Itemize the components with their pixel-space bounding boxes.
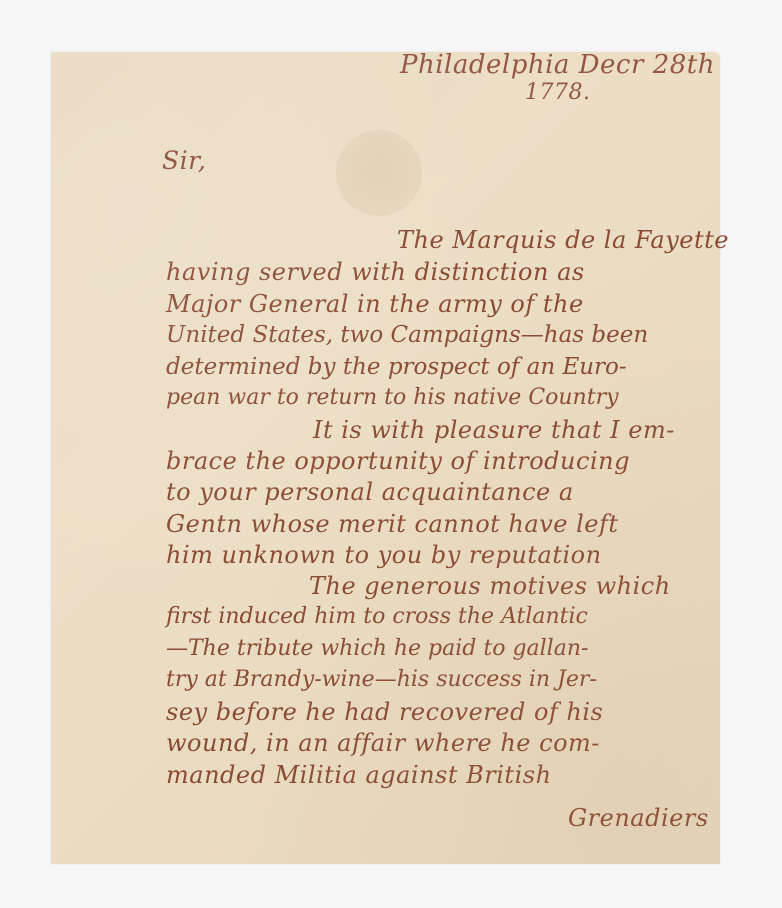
body-line: wound, in an affair where he com- xyxy=(166,729,600,757)
letter-page: Philadelphia Decr 28th 1778. Sir, The Ma… xyxy=(51,52,720,864)
body-line: Major General in the army of the xyxy=(166,290,584,318)
body-line: try at Brandy-wine—his success in Jer- xyxy=(166,667,597,692)
body-line: Gentn whose merit cannot have left xyxy=(166,510,619,538)
body-line: determined by the prospect of an Euro- xyxy=(166,354,627,380)
year: 1778. xyxy=(525,80,590,105)
body-line: to your personal acquaintance a xyxy=(166,478,574,506)
body-line: having served with distinction as xyxy=(166,258,585,286)
catchword: Grenadiers xyxy=(568,804,709,832)
body-line: first induced him to cross the Atlantic xyxy=(166,604,588,629)
body-line: pean war to return to his native Country xyxy=(166,385,619,410)
body-line: him unknown to you by reputation xyxy=(166,541,602,569)
body-line: The Marquis de la Fayette xyxy=(397,226,729,254)
body-line: —The tribute which he paid to gallan- xyxy=(166,636,588,661)
paper-stain xyxy=(336,130,422,216)
body-line: United States, two Campaigns—has been xyxy=(166,322,648,348)
salutation: Sir, xyxy=(162,146,206,175)
body-line: It is with pleasure that I em- xyxy=(313,416,675,444)
body-line: manded Militia against British xyxy=(166,761,552,789)
body-line: The generous motives which xyxy=(309,572,671,600)
body-line: brace the opportunity of introducing xyxy=(166,447,630,475)
body-line: sey before he had recovered of his xyxy=(166,698,603,726)
place-date: Philadelphia Decr 28th xyxy=(400,50,710,80)
